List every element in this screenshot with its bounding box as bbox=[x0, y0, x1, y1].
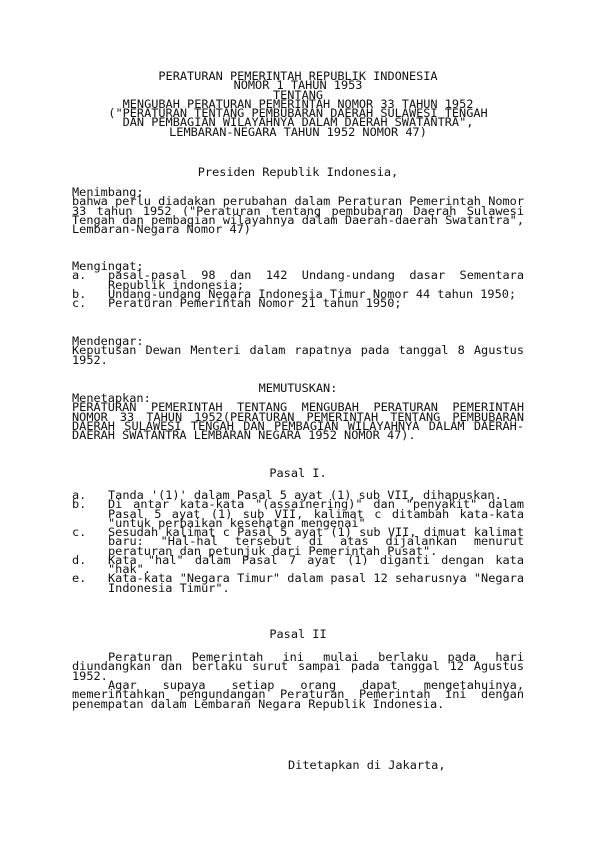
paragraph-line: diundangkan dan berlaku surut sampai pad… bbox=[72, 662, 524, 671]
list-marker: d. bbox=[72, 556, 86, 565]
pasal-2-paragraph-2: Agar supaya setiap orang dapat mengetahu… bbox=[72, 681, 524, 709]
menetapkan-section: Menetapkan: PERATURAN PEMERINTAH TENTANG… bbox=[72, 394, 524, 440]
paragraph-line: Keputusan Dewan Menteri dalam rapatnya p… bbox=[72, 346, 524, 355]
list-item: e. Kata-kata "Negara Timur" dalam pasal … bbox=[72, 574, 524, 593]
president-text: Presiden Republik Indonesia, bbox=[72, 168, 524, 177]
mendengar-section: Mendengar: Keputusan Dewan Menteri dalam… bbox=[72, 337, 524, 365]
list-line: Kata "hal" dalam Pasal 7 ayat (1) digant… bbox=[108, 556, 524, 565]
pasal-2-paragraph-1: Peraturan Pemerintah ini mulai berlaku p… bbox=[72, 653, 524, 681]
list-marker: e. bbox=[72, 574, 86, 583]
pasal-1-heading: Pasal I. bbox=[72, 469, 524, 478]
list-item: b. Di antar kata-kata "(assainering)" da… bbox=[72, 500, 524, 528]
pasal-2-heading: Pasal II bbox=[72, 630, 524, 639]
list-item: c. Sesudah kalimat c Pasal 5 ayat (1) su… bbox=[72, 528, 524, 556]
signature-place: Ditetapkan di Jakarta, bbox=[288, 761, 446, 770]
menimbang-section: Menimbang: bahwa perlu diadakan perubaha… bbox=[72, 188, 524, 234]
list-marker: a. bbox=[72, 271, 86, 280]
pasal-2-heading-text: Pasal II bbox=[72, 630, 524, 639]
document-title: PERATURAN PEMERINTAH REPUBLIK INDONESIA … bbox=[72, 72, 524, 137]
list-marker: c. bbox=[72, 528, 86, 537]
list-item: c. Peraturan Pemerintah Nomor 21 tahun 1… bbox=[72, 299, 524, 308]
mengingat-section: Mengingat: a. pasal-pasal 98 dan 142 Und… bbox=[72, 262, 524, 308]
list-marker: b. bbox=[72, 500, 86, 509]
pasal-1-list: a. Tanda '(1)' dalam Pasal 5 ayat (1) su… bbox=[72, 491, 524, 593]
president-line: Presiden Republik Indonesia, bbox=[72, 168, 524, 177]
list-line: Peraturan Pemerintah Nomor 21 tahun 1950… bbox=[108, 299, 524, 308]
document-page: PERATURAN PEMERINTAH REPUBLIK INDONESIA … bbox=[0, 0, 595, 842]
pasal-1-heading-text: Pasal I. bbox=[72, 469, 524, 478]
list-marker: c. bbox=[72, 299, 86, 308]
